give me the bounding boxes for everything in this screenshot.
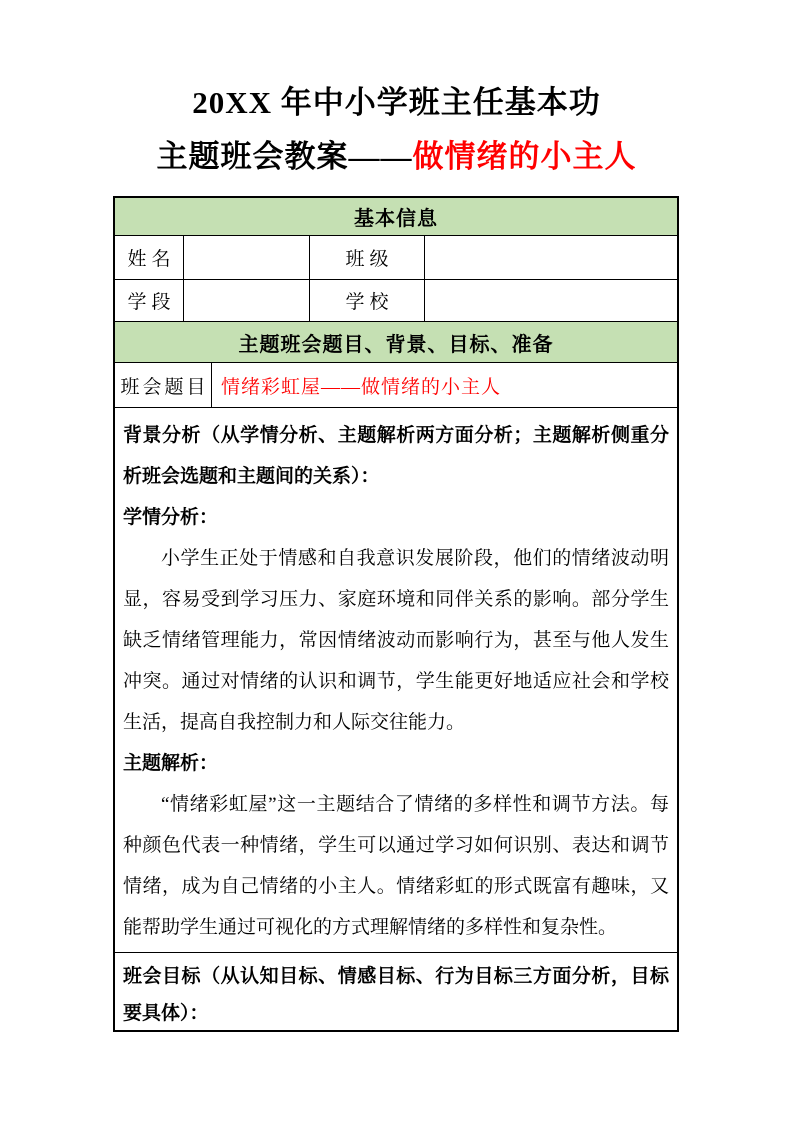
section-header-basic-info-label: 基本信息 [354, 202, 438, 231]
topic-value: 情绪彩虹屋——做情绪的小主人 [212, 363, 677, 407]
table-row-topic: 班会题目 情绪彩虹屋——做情绪的小主人 [115, 363, 677, 408]
class-field[interactable] [425, 236, 677, 279]
school-field[interactable] [425, 280, 677, 321]
learning-analysis-subhead: 学情分析： [123, 497, 669, 538]
topic-label: 班会题目 [115, 363, 212, 407]
table-row-stage-school: 学段 学校 [115, 280, 677, 322]
meeting-goal-text: 班会目标（从认知目标、情感目标、行为目标三方面分析，目标要具体）： [123, 958, 669, 1032]
stage-field[interactable] [184, 280, 310, 321]
page-title-line2-red: 做情绪的小主人 [413, 139, 637, 174]
page-title-line1: 20XX 年中小学班主任基本功 [0, 76, 793, 130]
school-label: 学校 [310, 280, 425, 321]
name-label: 姓名 [115, 236, 184, 279]
theme-analysis-subhead: 主题解析： [123, 743, 669, 784]
background-analysis-intro: 背景分析（从学情分析、主题解析两方面分析；主题解析侧重分析班会选题和主题间的关系… [123, 415, 669, 497]
background-analysis-cell: 背景分析（从学情分析、主题解析两方面分析；主题解析侧重分析班会选题和主题间的关系… [115, 408, 677, 953]
theme-analysis-paragraph: “情绪彩虹屋”这一主题结合了情绪的多样性和调节方法。每种颜色代表一种情绪，学生可… [123, 784, 669, 948]
page-title-line2-black: 主题班会教案—— [157, 139, 413, 174]
section-header-basic-info: 基本信息 [115, 198, 677, 236]
table-row-name-class: 姓名 班级 [115, 236, 677, 280]
lesson-plan-table: 基本信息 姓名 班级 学段 学校 主题班会题目、背景、目标、准备 班会题目 情绪… [113, 196, 679, 1032]
page-title: 20XX 年中小学班主任基本功 主题班会教案——做情绪的小主人 [0, 0, 793, 184]
section-header-topic-background: 主题班会题目、背景、目标、准备 [115, 322, 677, 363]
learning-analysis-paragraph: 小学生正处于情感和自我意识发展阶段，他们的情绪波动明显，容易受到学习压力、家庭环… [123, 538, 669, 743]
section-header-topic-background-label: 主题班会题目、背景、目标、准备 [239, 328, 554, 357]
meeting-goal-cell: 班会目标（从认知目标、情感目标、行为目标三方面分析，目标要具体）： [115, 953, 677, 1030]
stage-label: 学段 [115, 280, 184, 321]
name-field[interactable] [184, 236, 310, 279]
page-title-line2: 主题班会教案——做情绪的小主人 [0, 130, 793, 184]
class-label: 班级 [310, 236, 425, 279]
